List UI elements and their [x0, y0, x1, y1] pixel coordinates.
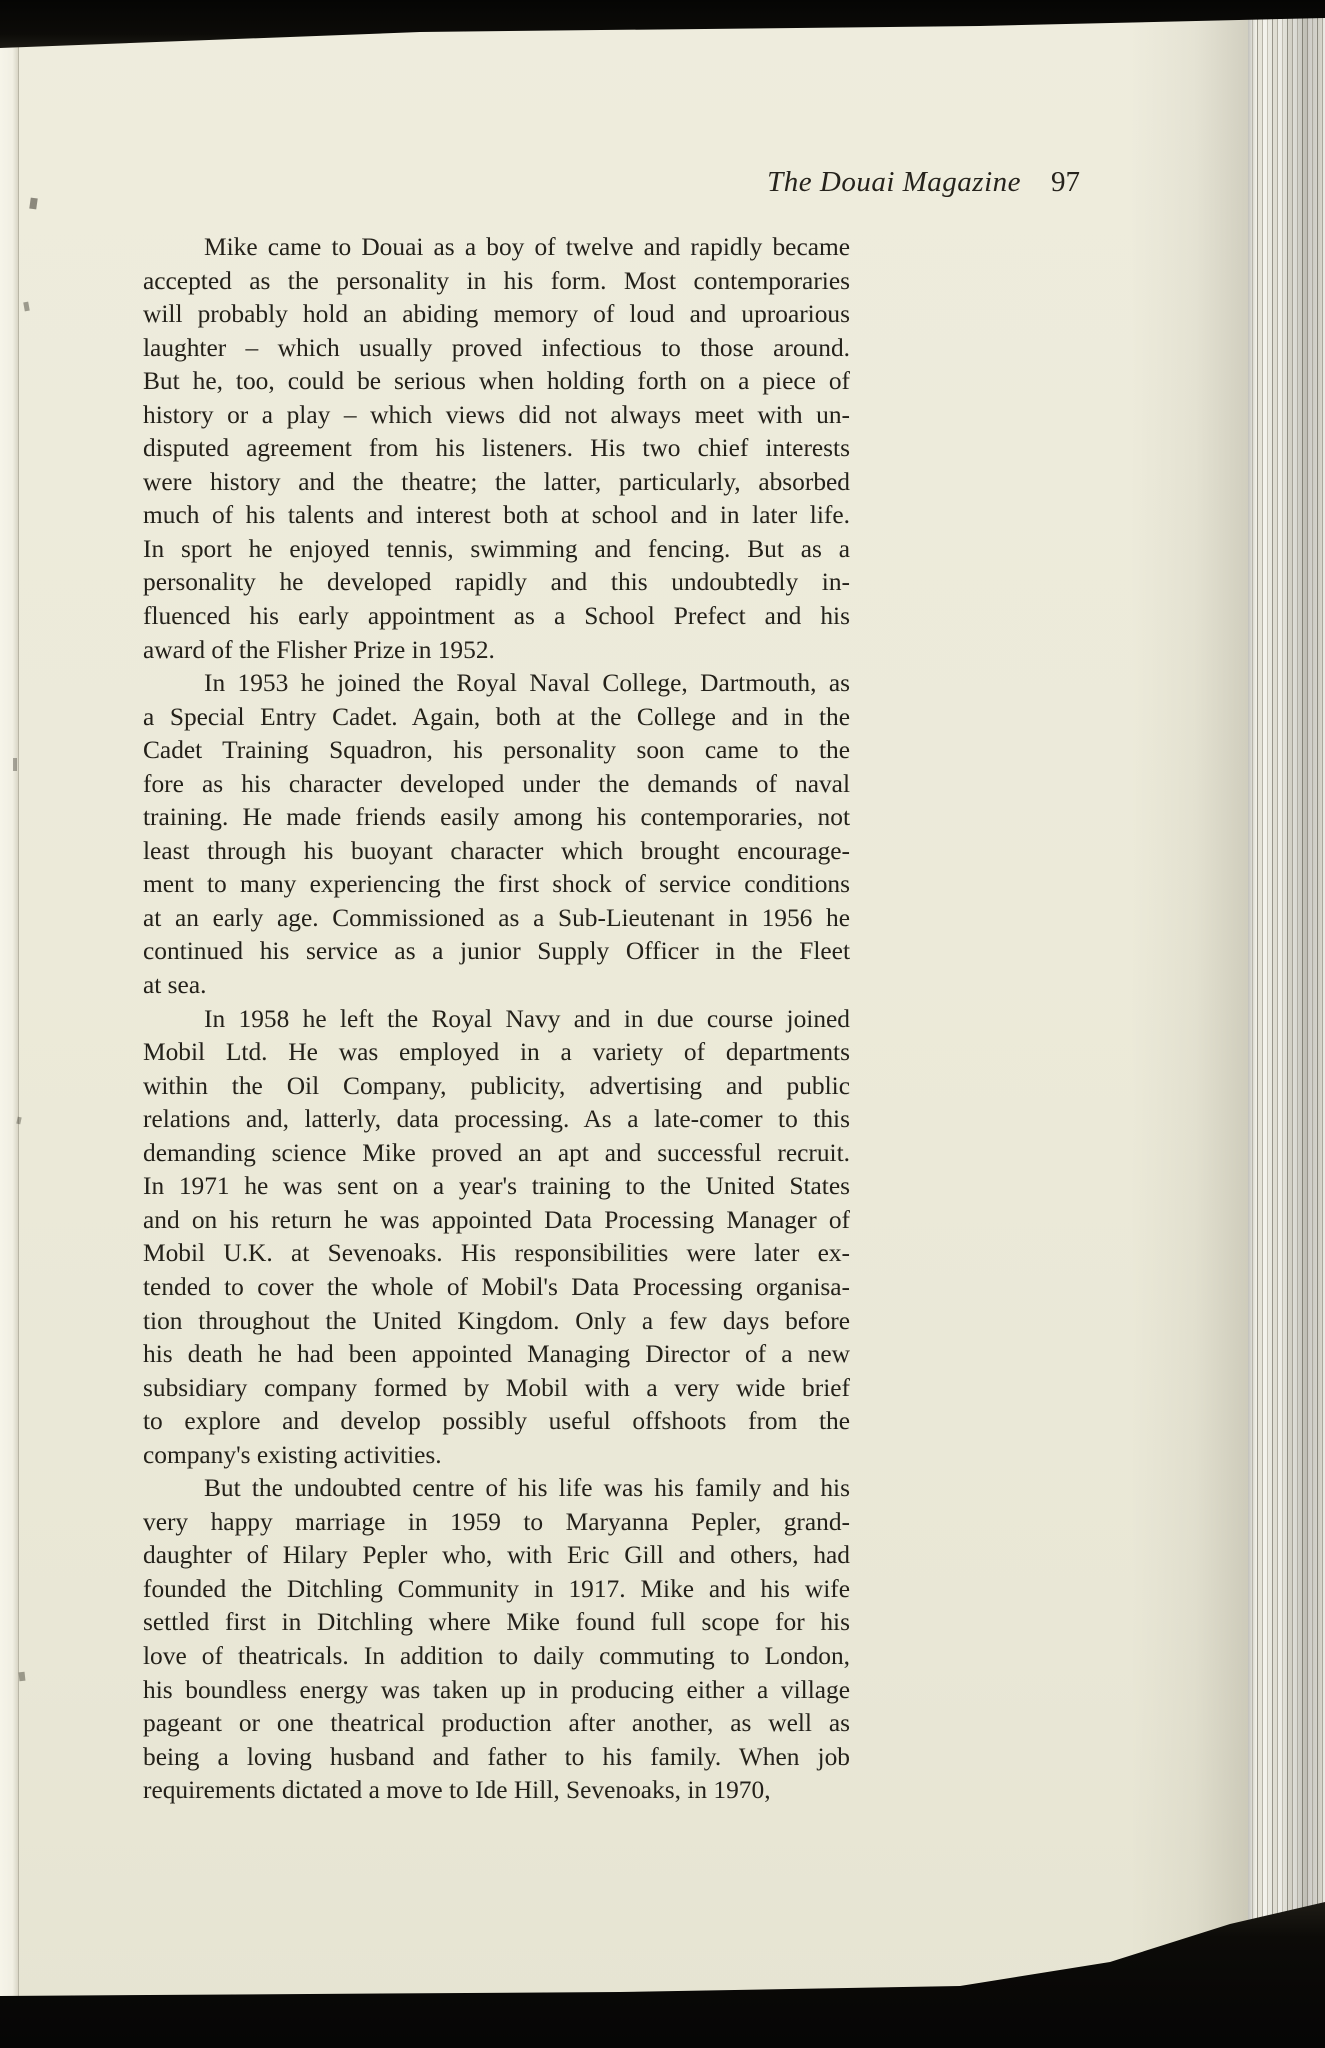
text-line: requirements dictated a move to Ide Hill… [143, 1774, 850, 1808]
text-line: least through his buoyant character whic… [143, 835, 850, 869]
journal-title: The Douai Magazine [767, 166, 1021, 198]
text-line: But the undoubted centre of his life was… [143, 1472, 850, 1506]
text-line: at an early age. Commissioned as a Sub-L… [143, 902, 850, 936]
margin-speck [13, 758, 17, 771]
text-line: demanding science Mike proved an apt and… [143, 1137, 850, 1171]
paragraph: Mike came to Douai as a boy of twelve an… [143, 231, 850, 667]
text-line: relations and, latterly, data processing… [143, 1103, 850, 1137]
text-line: founded the Ditchling Community in 1917.… [143, 1573, 850, 1607]
text-line: But he, too, could be serious when holdi… [143, 365, 850, 399]
text-line: accepted as the personality in his form.… [143, 265, 850, 299]
text-line: a Special Entry Cadet. Again, both at th… [143, 701, 850, 735]
text-line: to explore and develop possibly useful o… [143, 1405, 850, 1439]
text-line: daughter of Hilary Pepler who, with Eric… [143, 1539, 850, 1573]
text-line: In sport he enjoyed tennis, swimming and… [143, 533, 850, 567]
scanned-book-page: { "header": { "title": "The Douai Magazi… [0, 0, 1325, 2048]
text-line: disputed agreement from his listeners. H… [143, 432, 850, 466]
text-line: very happy marriage in 1959 to Maryanna … [143, 1506, 850, 1540]
margin-speck [19, 1672, 26, 1682]
text-line: Mobil Ltd. He was employed in a variety … [143, 1036, 850, 1070]
text-line: training. He made friends easily among h… [143, 801, 850, 835]
text-line: company's existing activities. [143, 1439, 850, 1473]
text-line: In 1953 he joined the Royal Naval Colleg… [143, 667, 850, 701]
running-header: The Douai Magazine97 [143, 166, 1080, 199]
text-line: tion throughout the United Kingdom. Only… [143, 1305, 850, 1339]
text-line: continued his service as a junior Supply… [143, 935, 850, 969]
text-line: Mobil U.K. at Sevenoaks. His responsibil… [143, 1237, 850, 1271]
text-block: Mike came to Douai as a boy of twelve an… [143, 231, 850, 1808]
text-line: love of theatricals. In addition to dail… [143, 1640, 850, 1674]
text-line: personality he developed rapidly and thi… [143, 566, 850, 600]
text-line: at sea. [143, 969, 850, 1003]
page-number: 97 [1051, 166, 1080, 198]
text-line: Cadet Training Squadron, his personality… [143, 734, 850, 768]
text-line: his boundless energy was taken up in pro… [143, 1674, 850, 1708]
text-line: were history and the theatre; the latter… [143, 466, 850, 500]
text-line: will probably hold an abiding memory of … [143, 298, 850, 332]
text-line: fluenced his early appointment as a Scho… [143, 600, 850, 634]
text-line: pageant or one theatrical production aft… [143, 1707, 850, 1741]
text-line: ment to many experiencing the first shoc… [143, 868, 850, 902]
text-line: subsidiary company formed by Mobil with … [143, 1372, 850, 1406]
text-line: and on his return he was appointed Data … [143, 1204, 850, 1238]
text-line: his death he had been appointed Managing… [143, 1338, 850, 1372]
text-line: Mike came to Douai as a boy of twelve an… [143, 231, 850, 265]
paragraph: In 1958 he left the Royal Navy and in du… [143, 1003, 850, 1473]
paragraph: But the undoubted centre of his life was… [143, 1472, 850, 1807]
paragraph: In 1953 he joined the Royal Naval Colleg… [143, 667, 850, 1002]
text-line: much of his talents and interest both at… [143, 499, 850, 533]
page-gutter-edge [0, 0, 19, 2048]
text-line: laughter – which usually proved infectio… [143, 332, 850, 366]
text-line: award of the Flisher Prize in 1952. [143, 634, 850, 668]
fore-edge-page-stack [1248, 16, 1325, 1956]
text-line: being a loving husband and father to his… [143, 1741, 850, 1775]
text-line: within the Oil Company, publicity, adver… [143, 1070, 850, 1104]
text-line: settled first in Ditchling where Mike fo… [143, 1606, 850, 1640]
text-line: In 1971 he was sent on a year's training… [143, 1170, 850, 1204]
text-line: history or a play – which views did not … [143, 399, 850, 433]
text-line: fore as his character developed under th… [143, 768, 850, 802]
page-curve-shadow [1130, 0, 1248, 2048]
text-line: In 1958 he left the Royal Navy and in du… [143, 1003, 850, 1037]
text-line: tended to cover the whole of Mobil's Dat… [143, 1271, 850, 1305]
